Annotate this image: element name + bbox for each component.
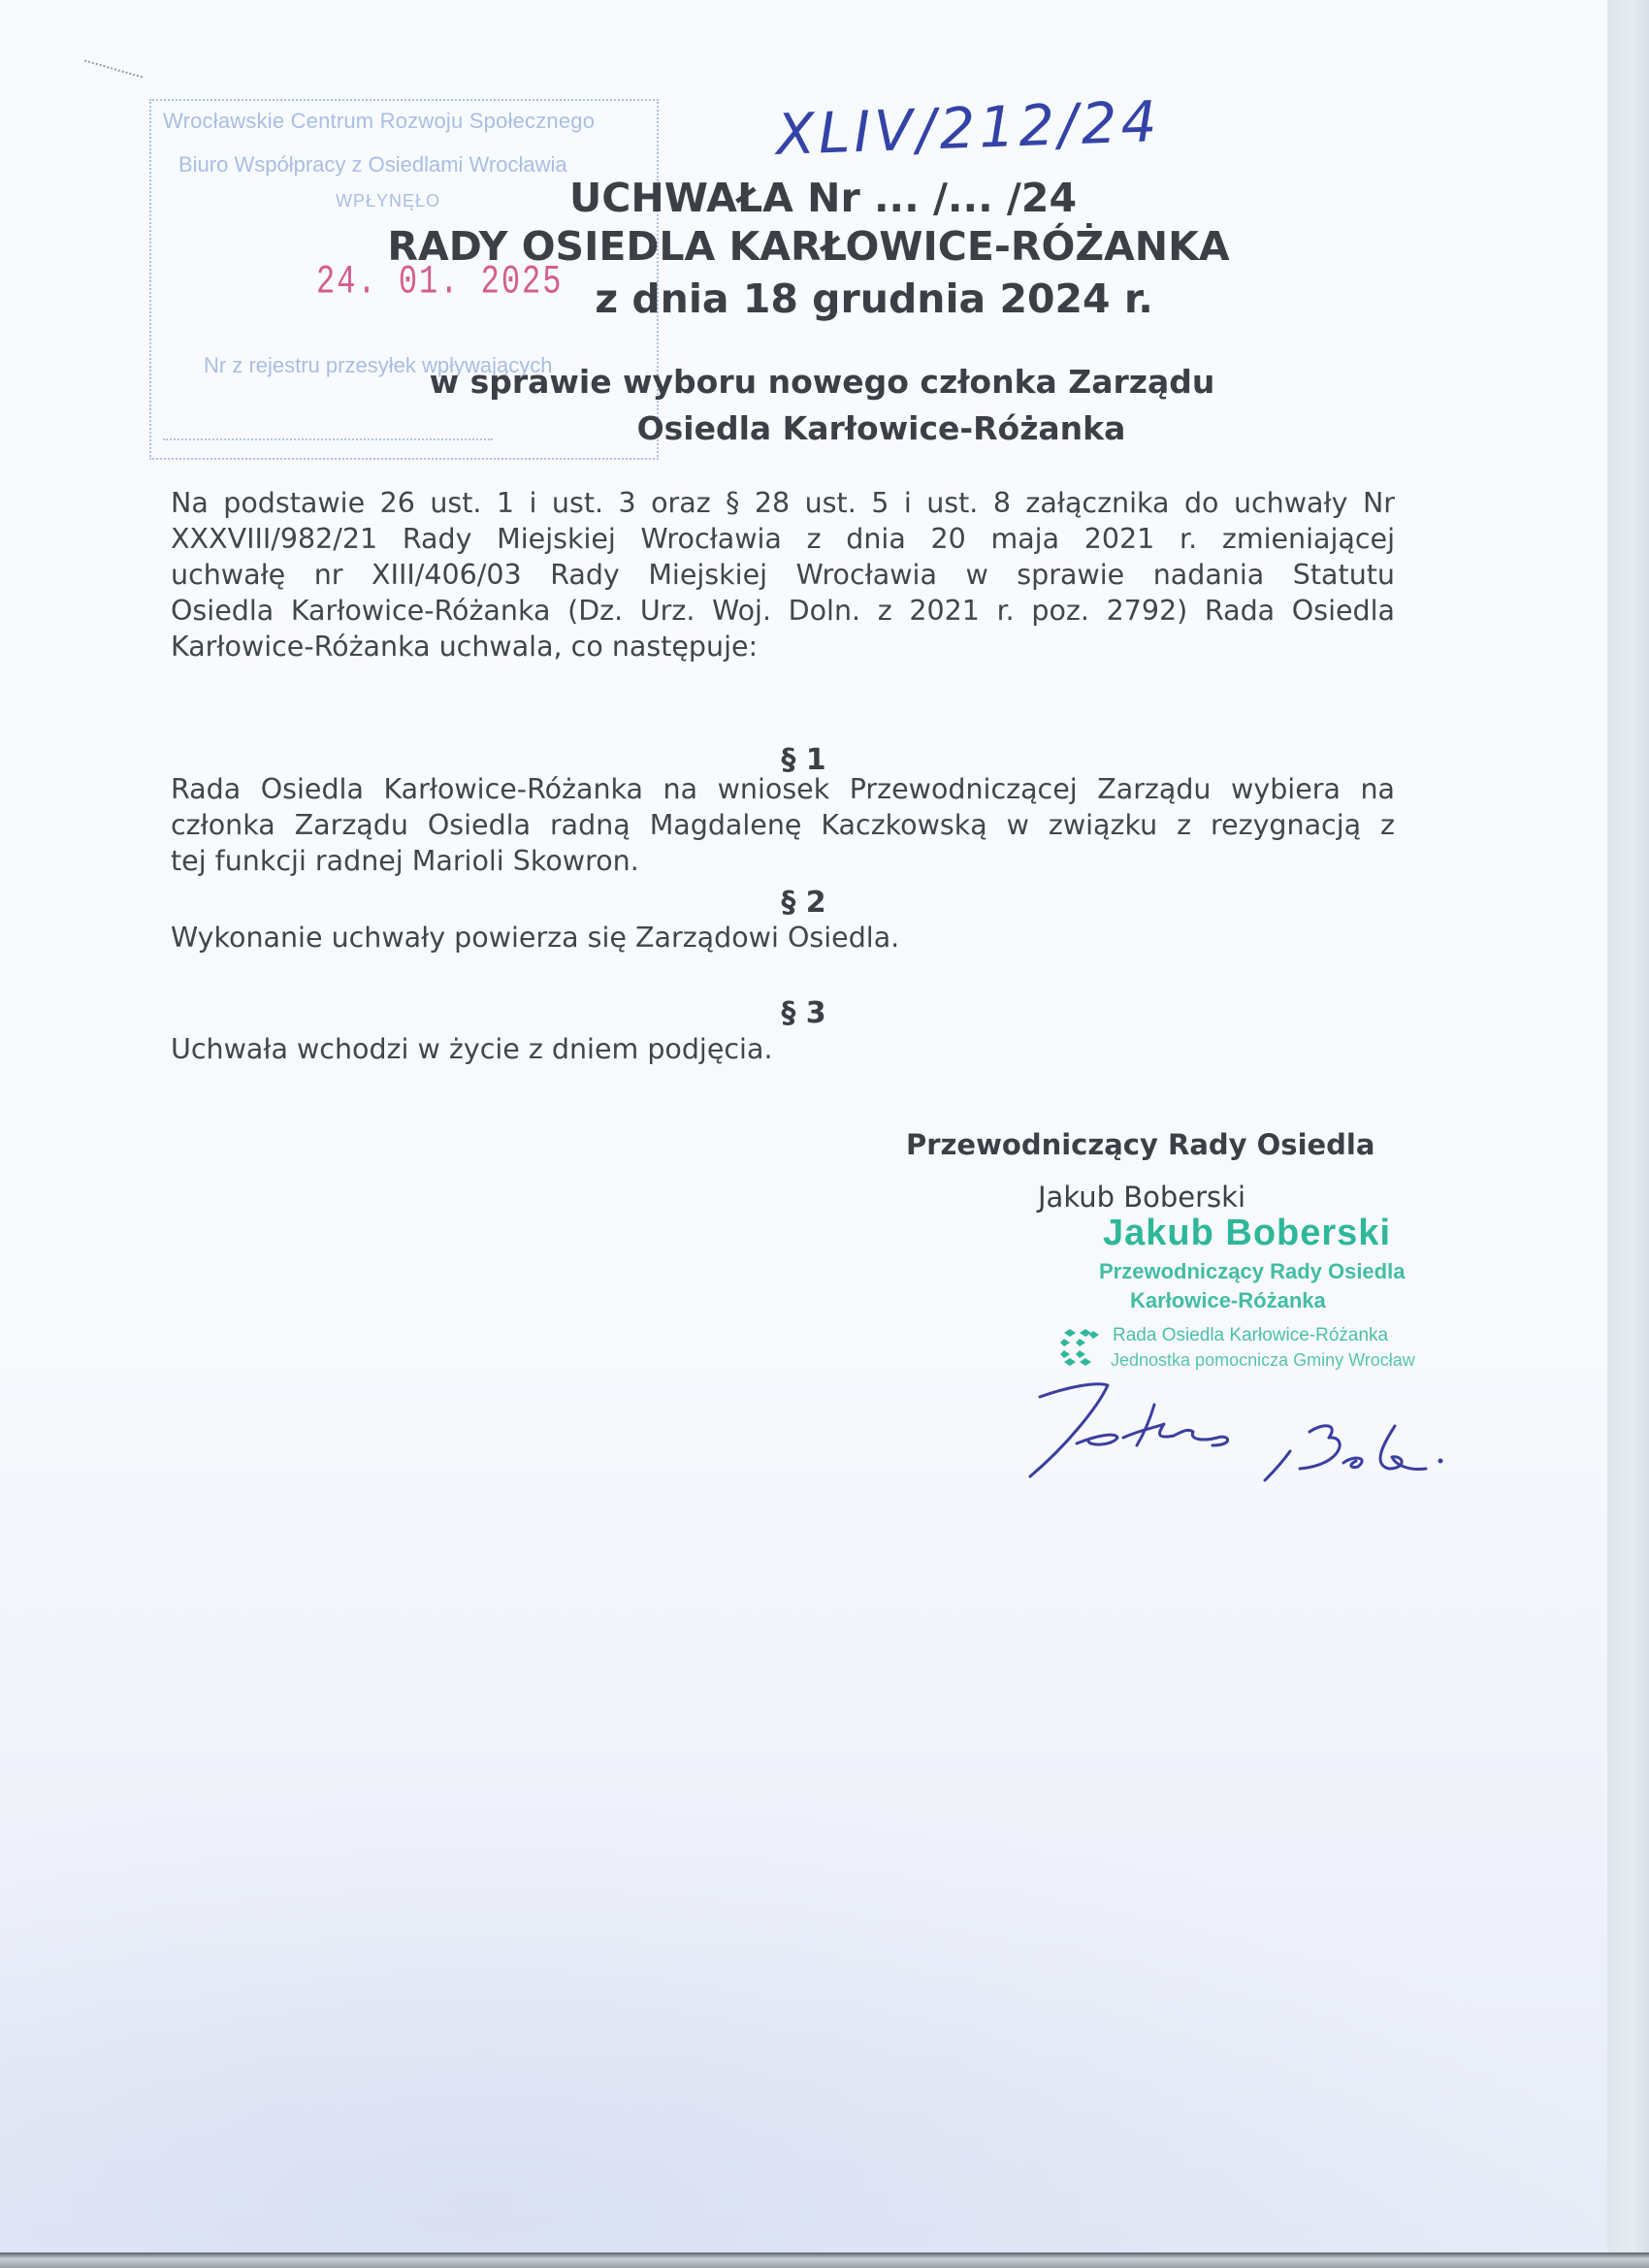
resolution-council: RADY OSIEDLA KARŁOWICE-RÓŻANKA bbox=[0, 223, 1607, 270]
preamble: Na podstawie 26 ust. 1 i ust. 3 oraz § 2… bbox=[171, 485, 1395, 664]
resolution-subject-line-2: Osiedla Karłowice-Różanka bbox=[0, 409, 1607, 447]
paper-shading bbox=[0, 1767, 1607, 2252]
handwritten-resolution-number: XLIV/212/24 bbox=[775, 88, 1162, 168]
signatory-title: Przewodniczący Rady Osiedla bbox=[906, 1128, 1374, 1161]
scanner-bottom-edge bbox=[0, 2252, 1649, 2268]
signatory-name: Jakub Boberski bbox=[1038, 1181, 1245, 1214]
stamp-signatory-name: Jakub Boberski bbox=[1103, 1213, 1391, 1254]
handwritten-signature bbox=[1009, 1368, 1465, 1484]
resolution-date: z dnia 18 grudnia 2024 r. bbox=[0, 275, 1607, 322]
preamble-line: Karłowice-Różanka uchwala, co następuje: bbox=[171, 629, 1395, 664]
section-mark-2: § 2 bbox=[0, 886, 1607, 920]
council-logo-icon bbox=[1060, 1327, 1099, 1368]
preamble-line: Osiedla Karłowice-Różanka (Dz. Urz. Woj.… bbox=[171, 593, 1395, 629]
stamp-org-name: Rada Osiedla Karłowice-Różanka bbox=[1113, 1325, 1388, 1346]
resolution-subject-line-1: w sprawie wyboru nowego członka Zarządu bbox=[0, 363, 1607, 401]
section-3-text: Uchwała wchodzi w życie z dniem podjęcia… bbox=[171, 1031, 1395, 1067]
stamp-org-line-1: Wrocławskie Centrum Rozwoju Społecznego bbox=[163, 109, 595, 134]
section-mark-3: § 3 bbox=[0, 996, 1607, 1030]
preamble-line: Na podstawie 26 ust. 1 i ust. 3 oraz § 2… bbox=[171, 485, 1395, 521]
preamble-line: XXXVIII/982/21 Rady Miejskiej Wrocławia … bbox=[171, 521, 1395, 557]
stamp-signatory-area: Karłowice-Różanka bbox=[1130, 1288, 1326, 1313]
section-2-text: Wykonanie uchwały powierza się Zarządowi… bbox=[171, 920, 1395, 956]
document-page: Wrocławskie Centrum Rozwoju Społecznego … bbox=[0, 0, 1607, 2252]
section-line: Rada Osiedla Karłowice-Różanka na wniose… bbox=[171, 771, 1395, 807]
section-line: Wykonanie uchwały powierza się Zarządowi… bbox=[171, 920, 1395, 956]
preamble-line: uchwałę nr XIII/406/03 Rady Miejskiej Wr… bbox=[171, 557, 1395, 593]
resolution-title: UCHWAŁA Nr ... /... /24 bbox=[0, 175, 1607, 221]
section-line: tej funkcji radnej Marioli Skowron. bbox=[171, 843, 1395, 879]
section-1-text: Rada Osiedla Karłowice-Różanka na wniose… bbox=[171, 771, 1395, 879]
section-line: Uchwała wchodzi w życie z dniem podjęcia… bbox=[171, 1031, 1395, 1067]
section-line: członka Zarządu Osiedla radną Magdalenę … bbox=[171, 807, 1395, 843]
pen-mark bbox=[84, 59, 143, 78]
stamp-signatory-role: Przewodniczący Rady Osiedla bbox=[1099, 1259, 1405, 1284]
scanner-bed-edge bbox=[1607, 0, 1649, 2252]
